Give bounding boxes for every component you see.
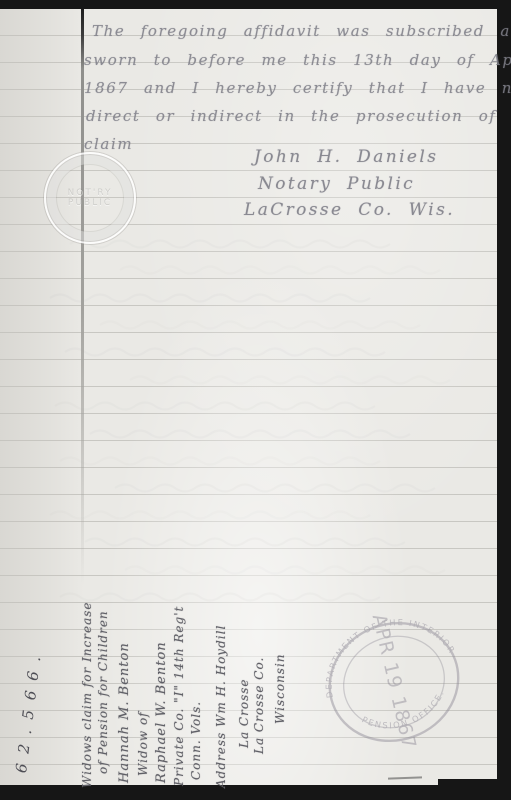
- affidavit-line: The foregoing affidavit was subscribed a…: [92, 22, 511, 40]
- docket-line: of Pension for Children: [96, 610, 110, 774]
- docket-line: Private Co. "I" 14th Reg't: [172, 606, 186, 786]
- affidavit-line: direct or indirect in the prosecution of…: [86, 107, 511, 125]
- docket-line: La Crosse Co.: [252, 657, 266, 754]
- seal-text-line2: PUBLIC: [68, 198, 112, 208]
- signature-location: LaCrosse Co. Wis.: [244, 200, 455, 220]
- stamp-date: APR 19 1867: [368, 612, 421, 752]
- bleedthrough-decoration: [30, 230, 480, 630]
- affidavit-line: claim: [84, 135, 133, 153]
- scanned-document-page: { "page": { "description": "Scanned hand…: [0, 0, 511, 800]
- signature-title: Notary Public: [258, 174, 415, 194]
- docket-line: La Crosse: [237, 679, 251, 749]
- signature-name: John H. Daniels: [254, 147, 438, 167]
- notary-embossed-seal: NOT'RY PUBLIC: [44, 152, 136, 244]
- docket-line: Hannah M. Benton: [117, 642, 132, 783]
- docket-line: Widows claim for Increase: [80, 601, 94, 788]
- affidavit-line: sworn to before me this 13th day of Apri…: [84, 51, 511, 69]
- scan-edge-notch: [438, 779, 500, 785]
- seal-text-line1: NOT'RY: [68, 188, 113, 198]
- docket-line: Widow of: [136, 711, 150, 776]
- docket-line: Conn. Vols.: [189, 701, 203, 780]
- docket-line: Address Wm H. Hoydill: [214, 625, 228, 788]
- docket-line: Raphael W. Benton: [154, 641, 169, 783]
- docket-line: Wisconsin: [273, 653, 287, 724]
- affidavit-line: 1867 and I hereby certify that I have no…: [84, 79, 511, 97]
